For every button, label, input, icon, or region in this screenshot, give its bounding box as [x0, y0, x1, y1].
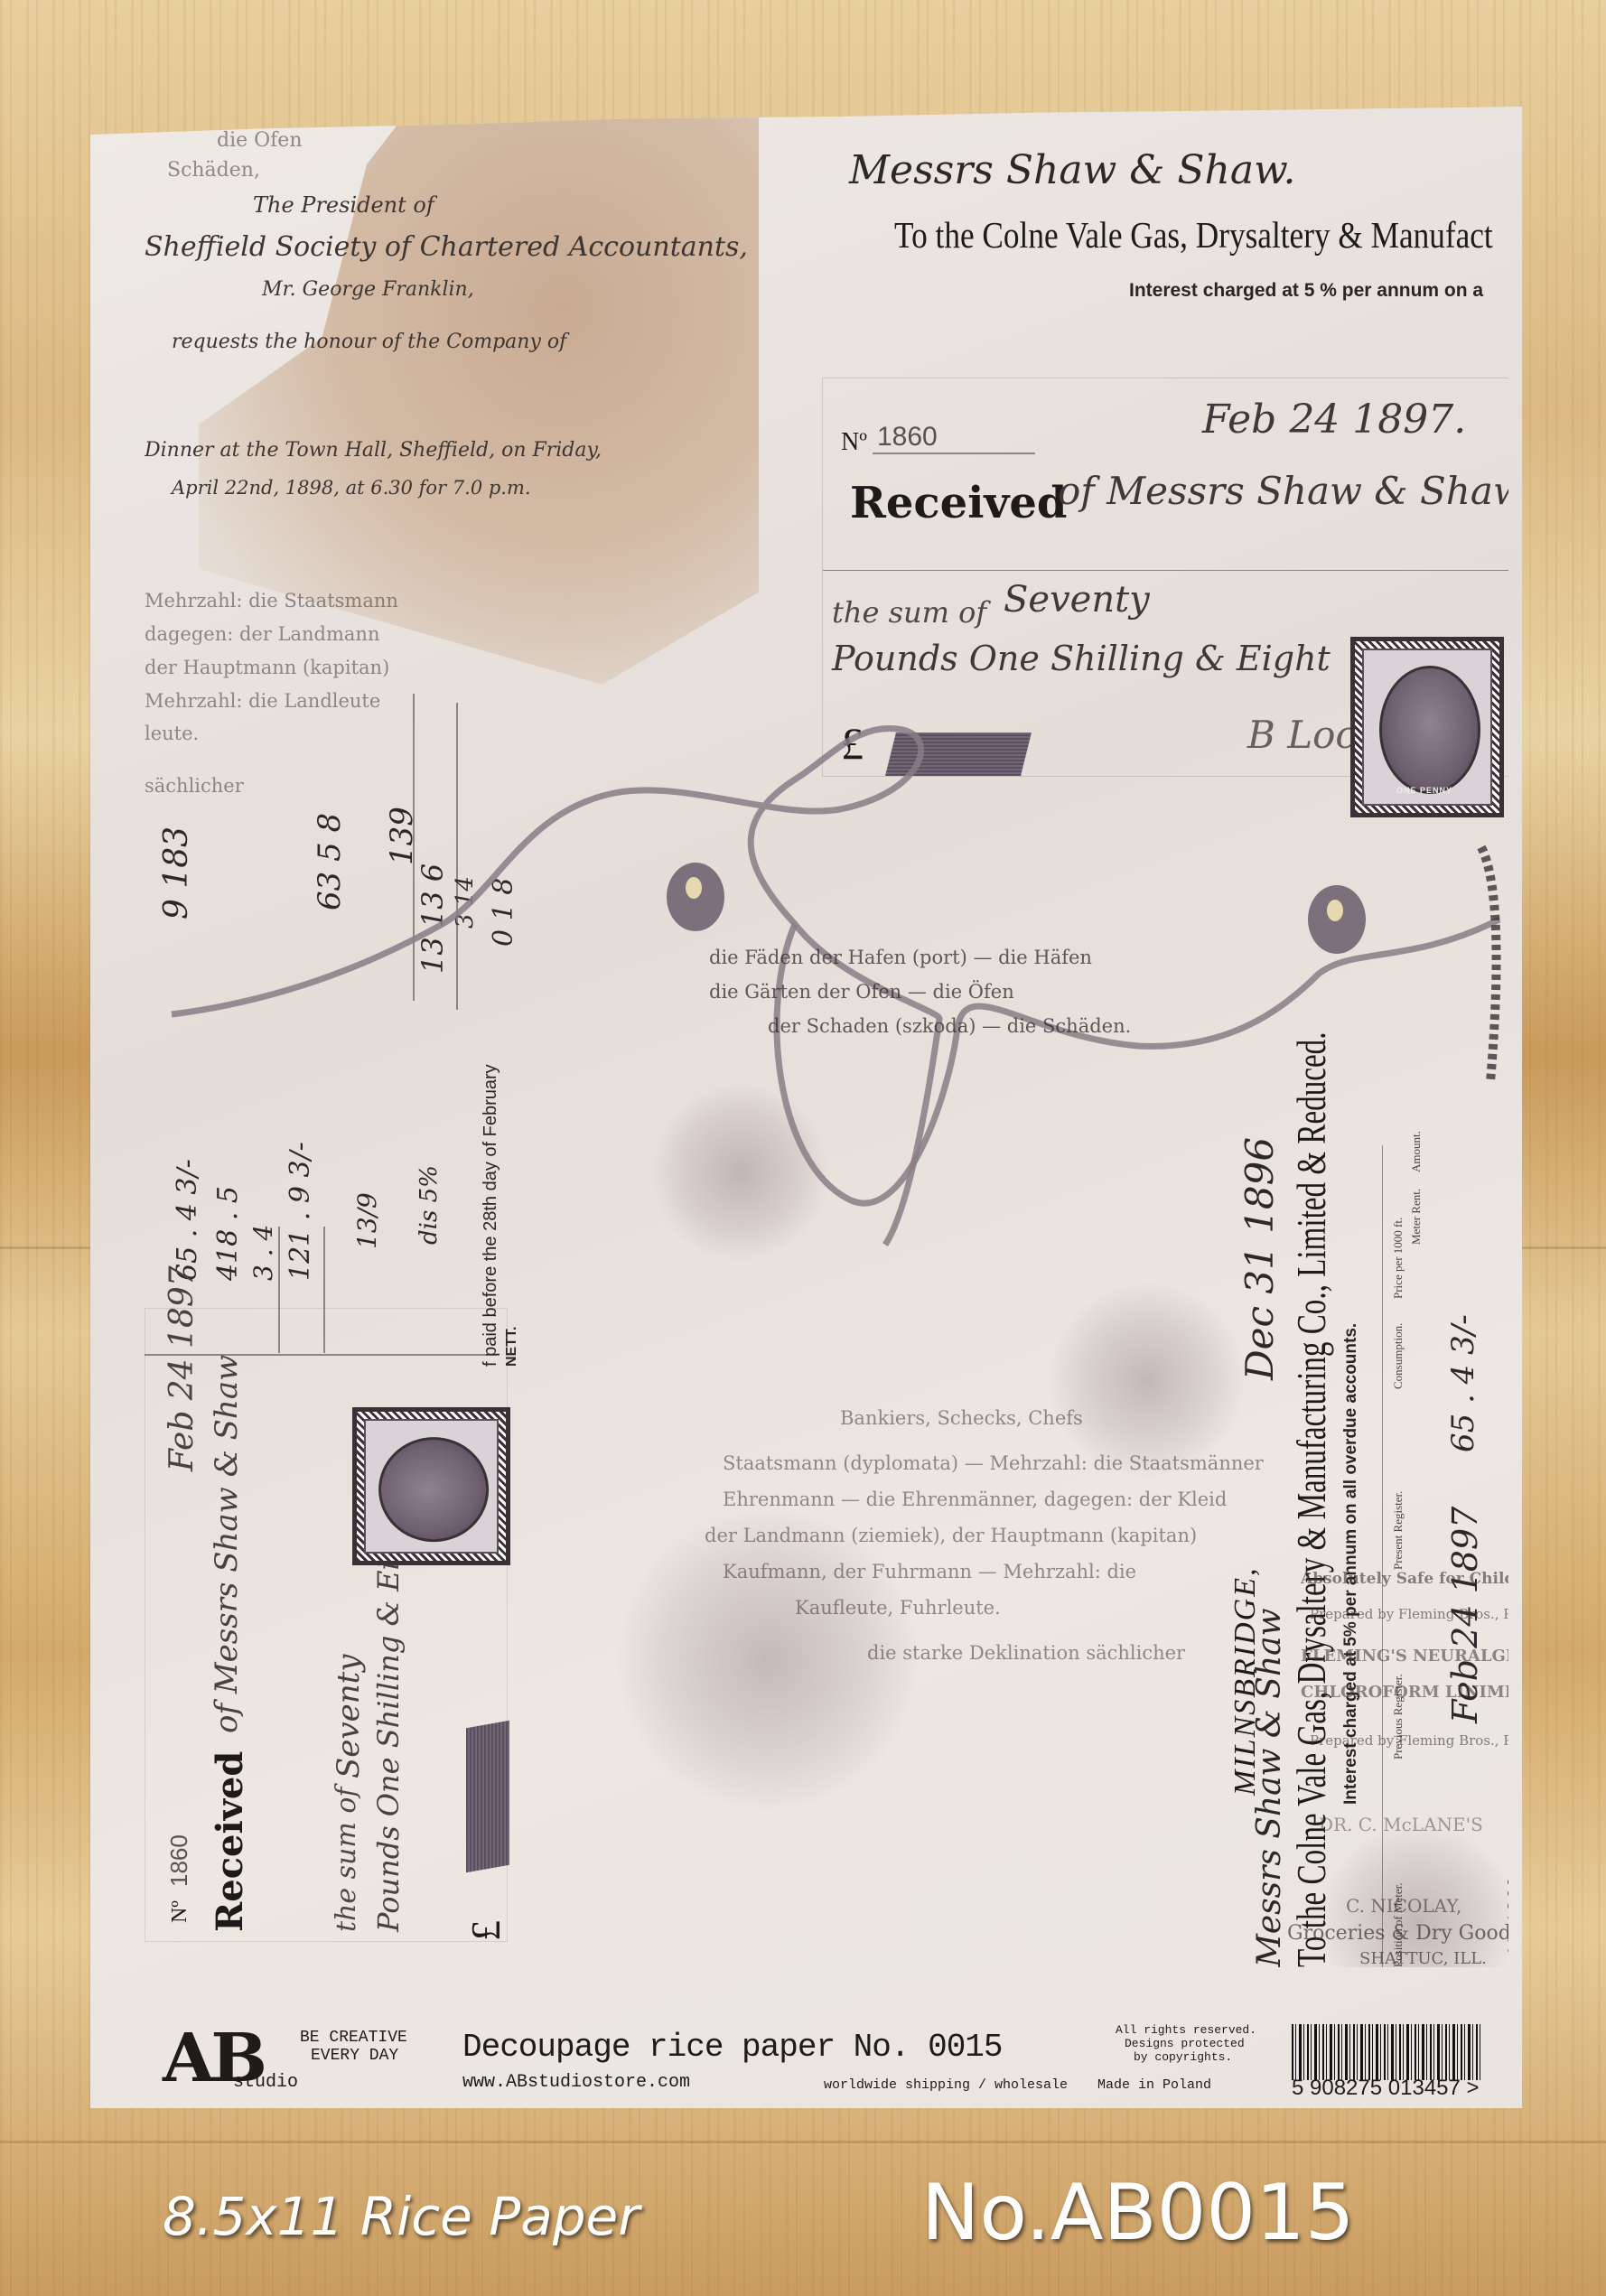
advert-line: Prepared by Fleming Bros., Pittsburgh.	[1310, 1732, 1508, 1749]
advert-line: C. NICOLAY,	[1346, 1895, 1461, 1917]
german-line: Ehrenmann — die Ehrenmänner, dagegen: de…	[723, 1489, 1227, 1510]
german-line: Kaufleute, Fuhrleute.	[795, 1597, 1001, 1619]
invoice-addressee: Messrs Shaw & Shaw	[1251, 1609, 1288, 1967]
advert-line: CHLOROFORM LINIMENT.	[1301, 1683, 1508, 1702]
brand-logo-sub: studio	[233, 2072, 298, 2093]
brand-tagline: BE CREATIVE	[300, 2029, 407, 2047]
product-code-caption: No.AB0015	[921, 2168, 1354, 2258]
damask-ornament	[1048, 1281, 1247, 1479]
invoice-row: 65 . 4 3/-	[1445, 1314, 1481, 1452]
column-header: Price per 1000 ft.	[1391, 1218, 1405, 1299]
german-line: der Schaden (szkoda) — die Schäden.	[768, 1015, 1131, 1037]
brand-tagline: EVERY DAY	[311, 2047, 398, 2065]
barcode	[1292, 2024, 1481, 2080]
column-header: Consumption.	[1391, 1323, 1405, 1389]
rights-notice: Designs protected	[1125, 2037, 1245, 2050]
amount-box	[466, 1721, 509, 1872]
advert-line: Absolutely Safe for Children.	[1301, 1570, 1508, 1588]
receipt-received-label: Received	[209, 1751, 251, 1932]
advert-line: DR. C. McLANE'S	[1319, 1814, 1483, 1835]
receipt-bottom-rotated: Nº 1860 Received of Messrs Shaw & Shaw F…	[145, 1308, 508, 1942]
german-line: der Landmann (ziemiek), der Hauptmann (k…	[705, 1525, 1197, 1546]
invoice-rule	[1382, 1145, 1383, 1967]
damask-ornament	[650, 1082, 831, 1263]
german-line: die Fäden der Hafen (port) — die Häfen	[709, 947, 1092, 968]
column-header: Amount.	[1409, 1131, 1424, 1172]
receipt-sum-label: the sum of	[331, 1787, 362, 1932]
german-line: Kaufmann, der Fuhrmann — Mehrzahl: die	[723, 1561, 1136, 1582]
collage-artwork: die Ofen Schäden, The President of Sheff…	[145, 107, 1508, 1967]
made-in-note: Made in Poland	[1097, 2077, 1211, 2093]
shipping-note: worldwide shipping / wholesale	[824, 2077, 1068, 2093]
advert-line: Prepared by Fleming Bros., Pittsburgh.	[1310, 1606, 1508, 1622]
column-header: Present Register.	[1391, 1491, 1405, 1570]
german-line: Staatsmann (dyplomata) — Mehrzahl: die S…	[723, 1452, 1264, 1474]
receipt-received-of: of Messrs Shaw & Shaw	[209, 1355, 245, 1733]
invoice-date: Dec 31 1896	[1237, 1137, 1282, 1380]
pound-sign: £	[462, 1920, 509, 1941]
product-title: Decoupage rice paper No. 0015	[462, 2029, 1003, 2066]
barcode-number: 5 908275 013457 >	[1292, 2076, 1480, 2101]
german-line: Bankiers, Schecks, Chefs	[840, 1407, 1083, 1429]
receipt-number: 1860	[165, 1834, 193, 1887]
postage-stamp-bottom	[352, 1407, 510, 1565]
german-line: die Gärten der Ofen — die Öfen	[709, 981, 1014, 1003]
rights-notice: All rights reserved.	[1116, 2023, 1256, 2037]
german-line: die starke Deklination sächlicher	[867, 1642, 1185, 1664]
rights-notice: by copyrights.	[1134, 2050, 1232, 2064]
advert-line: FLEMING'S NEURALGIC	[1301, 1647, 1508, 1666]
product-footer: AB studio BE CREATIVE EVERY DAY Decoupag…	[90, 2020, 1522, 2108]
receipt-date: Feb 24 1897	[163, 1265, 201, 1471]
advert-line: SHATTUC, ILL.	[1359, 1949, 1487, 1967]
receipt-sum-line2: Pounds One Shilling & Eight	[371, 1512, 406, 1932]
wood-plank-seam	[0, 2141, 1606, 2143]
receipt-sum-line1: Seventy	[331, 1654, 367, 1778]
website-link[interactable]: www.ABstudiostore.com	[462, 2072, 690, 2093]
column-header: Meter Rent.	[1409, 1189, 1424, 1245]
queen-portrait-icon	[378, 1436, 489, 1541]
advert-line: Groceries & Dry Goods	[1287, 1922, 1508, 1945]
rice-paper-sheet: die Ofen Schäden, The President of Sheff…	[90, 107, 1522, 2108]
receipt-number-label: Nº	[168, 1900, 192, 1923]
size-caption: 8.5x11 Rice Paper	[163, 2186, 640, 2247]
